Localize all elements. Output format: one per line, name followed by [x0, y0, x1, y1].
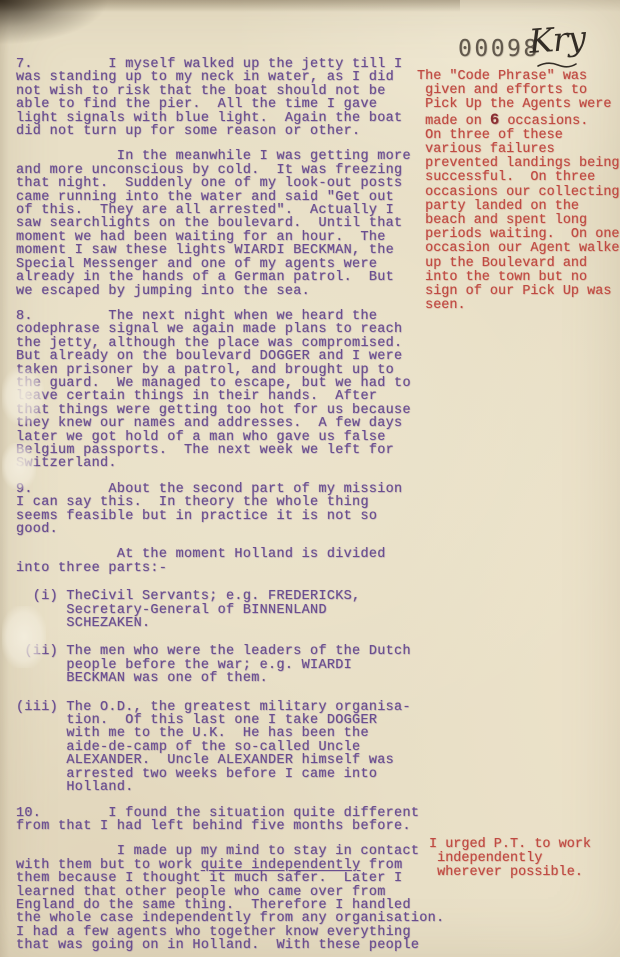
- paragraph-meanwhile: In the meanwhile I was getting more and …: [16, 150, 456, 297]
- paragraph-final: I made up my mind to stay in contact wit…: [16, 845, 456, 952]
- scan-top-edge-shadow: [0, 0, 460, 12]
- list-item-ii: (ii) The men who were the leaders of the…: [16, 645, 456, 685]
- typewritten-body: 7. I myself walked up the jetty till I w…: [16, 58, 456, 957]
- page-number-stamp: 00098: [458, 36, 540, 62]
- margin-annotation-urged: I urged P.T. to work independently where…: [429, 838, 619, 881]
- paragraph-9: 9. About the second part of my mission I…: [16, 483, 456, 537]
- paragraph-holland-intro: At the moment Holland is divided into th…: [16, 548, 456, 575]
- list-item-iii: (iii) The O.D., the greatest military or…: [16, 701, 456, 795]
- scanned-document-page: { "document": { "stamp_number": "00098",…: [0, 0, 620, 957]
- list-item-i: (i) TheCivil Servants; e.g. FREDERICKS, …: [16, 590, 456, 630]
- paragraph-7: 7. I myself walked up the jetty till I w…: [16, 58, 456, 138]
- paragraph-8: 8. The next night when we heard the code…: [16, 310, 456, 471]
- paragraph-10: 10. I found the situation quite differen…: [16, 807, 456, 834]
- handwritten-initials: Kry: [528, 18, 587, 61]
